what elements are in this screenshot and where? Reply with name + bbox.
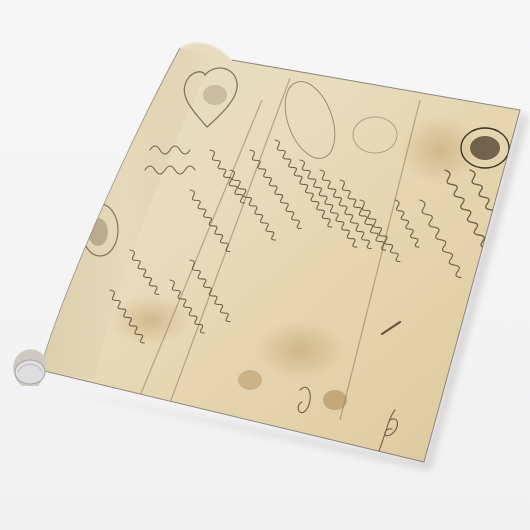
stain <box>238 370 262 390</box>
stain <box>255 320 345 380</box>
roll-end <box>13 349 45 386</box>
wrapping-paper-illustration <box>0 0 530 530</box>
stain <box>400 115 480 185</box>
product-photo: wrapping paper roll vintage handwritten … <box>0 0 530 530</box>
